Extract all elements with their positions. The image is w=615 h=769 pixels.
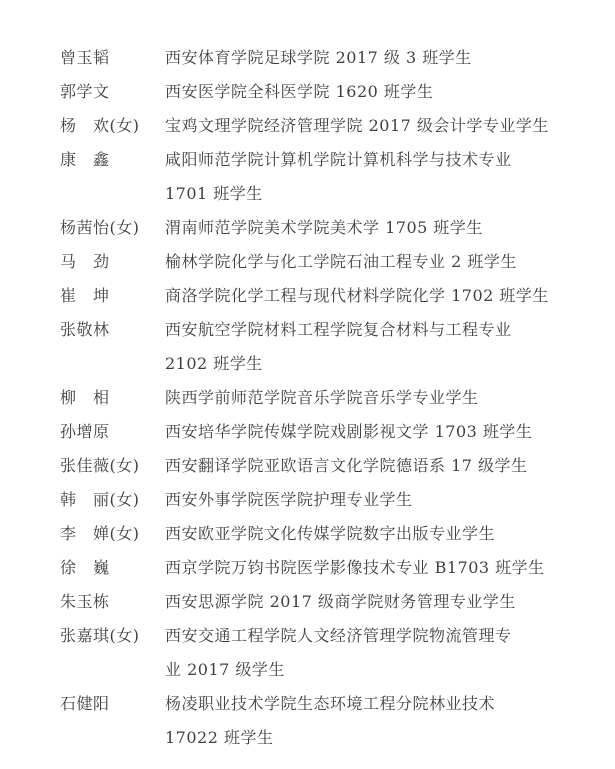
student-description: 咸阳师范学院计算机学院计算机科学与技术专业 1701 班学生 (165, 143, 565, 211)
student-description: 宝鸡文理学院经济管理学院 2017 级会计学专业学生 (165, 109, 565, 143)
description-line: 西安医学院全科医学院 1620 班学生 (165, 75, 565, 109)
student-name: 韩 丽(女) (60, 483, 165, 517)
roster-entry: 朱玉栋 西安思源学院 2017 级商学院财务管理专业学生 (60, 585, 615, 619)
roster-entry: 杨 欢(女) 宝鸡文理学院经济管理学院 2017 级会计学专业学生 (60, 109, 615, 143)
student-name: 张敬林 (60, 313, 165, 347)
description-line: 业 2017 级学生 (165, 653, 565, 687)
student-name: 杨 欢(女) (60, 109, 165, 143)
roster-entry: 马 劲 榆林学院化学与化工学院石油工程专业 2 班学生 (60, 245, 615, 279)
description-line: 17022 班学生 (165, 721, 565, 755)
student-description: 西安交通工程学院人文经济管理学院物流管理专 业 2017 级学生 (165, 619, 565, 687)
student-description: 商洛学院化学工程与现代材料学院化学 1702 班学生 (165, 279, 565, 313)
student-name: 柳 相 (60, 381, 165, 415)
roster-entry: 曾玉韬 西安体育学院足球学院 2017 级 3 班学生 (60, 41, 615, 75)
roster-entry: 李 婵(女) 西安欧亚学院文化传媒学院数字出版专业学生 (60, 517, 615, 551)
student-name: 康 鑫 (60, 143, 165, 177)
roster-entry: 徐 巍 西京学院万钧书院医学影像技术专业 B1703 班学生 (60, 551, 615, 585)
student-name: 李 婵(女) (60, 517, 165, 551)
student-name: 杨茜怡(女) (60, 211, 165, 245)
roster-entry: 柳 相 陕西学前师范学院音乐学院音乐学专业学生 (60, 381, 615, 415)
roster-entry: 石健阳 杨凌职业技术学院生态环境工程分院林业技术 17022 班学生 (60, 687, 615, 755)
student-name: 石健阳 (60, 687, 165, 721)
roster-entry: 康 鑫 咸阳师范学院计算机学院计算机科学与技术专业 1701 班学生 (60, 143, 615, 211)
description-line: 商洛学院化学工程与现代材料学院化学 1702 班学生 (165, 279, 565, 313)
student-description: 陕西学前师范学院音乐学院音乐学专业学生 (165, 381, 565, 415)
student-description: 西安培华学院传媒学院戏剧影视文学 1703 班学生 (165, 415, 565, 449)
roster-entry: 张佳薇(女) 西安翻译学院亚欧语言文化学院德语系 17 级学生 (60, 449, 615, 483)
description-line: 榆林学院化学与化工学院石油工程专业 2 班学生 (165, 245, 565, 279)
student-description: 西安欧亚学院文化传媒学院数字出版专业学生 (165, 517, 565, 551)
description-line: 西安思源学院 2017 级商学院财务管理专业学生 (165, 585, 565, 619)
student-description: 西安思源学院 2017 级商学院财务管理专业学生 (165, 585, 565, 619)
student-name: 张佳薇(女) (60, 449, 165, 483)
student-name: 崔 坤 (60, 279, 165, 313)
student-description: 西安航空学院材料工程学院复合材料与工程专业 2102 班学生 (165, 313, 565, 381)
description-line: 杨凌职业技术学院生态环境工程分院林业技术 (165, 687, 565, 721)
description-line: 2102 班学生 (165, 347, 565, 381)
description-line: 陕西学前师范学院音乐学院音乐学专业学生 (165, 381, 565, 415)
description-line: 咸阳师范学院计算机学院计算机科学与技术专业 (165, 143, 565, 177)
student-name: 张嘉琪(女) (60, 619, 165, 653)
student-name: 徐 巍 (60, 551, 165, 585)
student-description: 杨凌职业技术学院生态环境工程分院林业技术 17022 班学生 (165, 687, 565, 755)
roster-entry: 孙增原 西安培华学院传媒学院戏剧影视文学 1703 班学生 (60, 415, 615, 449)
roster-entry: 张嘉琪(女) 西安交通工程学院人文经济管理学院物流管理专 业 2017 级学生 (60, 619, 615, 687)
student-description: 西京学院万钧书院医学影像技术专业 B1703 班学生 (165, 551, 565, 585)
description-line: 西安航空学院材料工程学院复合材料与工程专业 (165, 313, 565, 347)
description-line: 西安交通工程学院人文经济管理学院物流管理专 (165, 619, 565, 653)
description-line: 1701 班学生 (165, 177, 565, 211)
description-line: 西安外事学院医学院护理专业学生 (165, 483, 565, 517)
description-line: 渭南师范学院美术学院美术学 1705 班学生 (165, 211, 565, 245)
student-description: 西安外事学院医学院护理专业学生 (165, 483, 565, 517)
roster-entry: 崔 坤 商洛学院化学工程与现代材料学院化学 1702 班学生 (60, 279, 615, 313)
student-description: 榆林学院化学与化工学院石油工程专业 2 班学生 (165, 245, 565, 279)
description-line: 西京学院万钧书院医学影像技术专业 B1703 班学生 (165, 551, 565, 585)
roster-entry: 张敬林 西安航空学院材料工程学院复合材料与工程专业 2102 班学生 (60, 313, 615, 381)
document-page: 曾玉韬 西安体育学院足球学院 2017 级 3 班学生 郭学文 西安医学院全科医… (0, 0, 615, 769)
student-name: 朱玉栋 (60, 585, 165, 619)
student-description: 西安医学院全科医学院 1620 班学生 (165, 75, 565, 109)
description-line: 宝鸡文理学院经济管理学院 2017 级会计学专业学生 (165, 109, 565, 143)
student-description: 渭南师范学院美术学院美术学 1705 班学生 (165, 211, 565, 245)
student-name: 曾玉韬 (60, 41, 165, 75)
description-line: 西安翻译学院亚欧语言文化学院德语系 17 级学生 (165, 449, 565, 483)
description-line: 西安欧亚学院文化传媒学院数字出版专业学生 (165, 517, 565, 551)
student-name: 马 劲 (60, 245, 165, 279)
description-line: 西安培华学院传媒学院戏剧影视文学 1703 班学生 (165, 415, 565, 449)
description-line: 西安体育学院足球学院 2017 级 3 班学生 (165, 41, 565, 75)
roster-entry: 郭学文 西安医学院全科医学院 1620 班学生 (60, 75, 615, 109)
student-name: 郭学文 (60, 75, 165, 109)
student-description: 西安体育学院足球学院 2017 级 3 班学生 (165, 41, 565, 75)
student-description: 西安翻译学院亚欧语言文化学院德语系 17 级学生 (165, 449, 565, 483)
roster-entry: 韩 丽(女) 西安外事学院医学院护理专业学生 (60, 483, 615, 517)
roster-entry: 杨茜怡(女) 渭南师范学院美术学院美术学 1705 班学生 (60, 211, 615, 245)
student-name: 孙增原 (60, 415, 165, 449)
